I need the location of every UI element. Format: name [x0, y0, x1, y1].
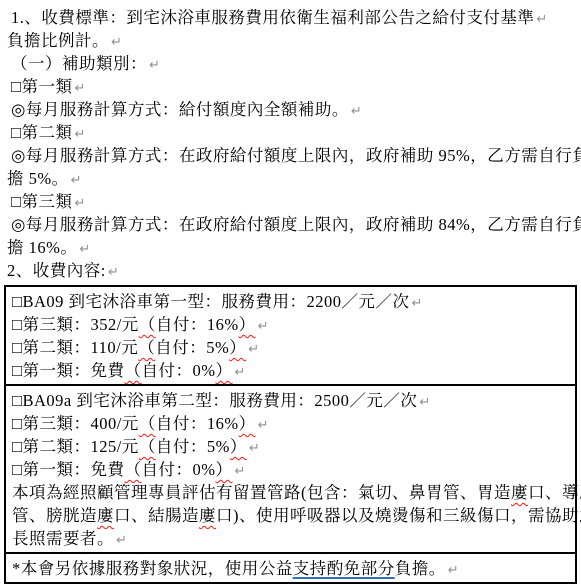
checkbox-text: □第三類	[11, 192, 72, 211]
spellcheck-underline: 廔	[511, 483, 528, 502]
spellcheck-underline: （	[138, 338, 155, 357]
category-2-line: □第二類↵	[7, 121, 581, 144]
category-3-line: □第三類↵	[7, 190, 581, 213]
intro-text: 2、收費內容:	[7, 261, 106, 280]
intro-text: 負擔比例計。	[7, 31, 109, 50]
fee-text: 自付：5%	[156, 437, 230, 456]
ba09a-note-line-3: 長照需要者。↵	[12, 527, 571, 550]
table-cell-ba09: □BA09 到宅沐浴車第一型：服務費用：2200／元／次↵ □第三類：352/元…	[6, 287, 575, 384]
paragraph-mark: ↵	[234, 464, 245, 479]
fee-text: 自付：16%	[156, 414, 239, 433]
intro-text: ◎每月服務計算方式：在政府給付額度上限內，政府補助 84%，乙方需自行負	[11, 215, 581, 234]
subsidy-category-heading: （一）補助類別：↵	[7, 52, 581, 75]
spellcheck-underline: ）	[239, 414, 256, 433]
spellcheck-underline: ）	[215, 460, 232, 479]
ba09a-note-line-2: 管、膀胱造廔口、結腸造廔口)、使用呼吸器以及燒燙傷和三級傷口，需協助之	[12, 504, 571, 527]
paragraph-mark: ↵	[412, 296, 423, 311]
service-type-text: □BA09 到宅沐浴車第一型：服務費用：2200／元／次	[12, 292, 410, 311]
paragraph-mark: ↵	[111, 35, 122, 50]
paragraph-mark: ↵	[536, 12, 547, 27]
paragraph-mark: ↵	[149, 58, 160, 73]
ba09a-tier2-line: □第二類：125/元（自付：5%）↵	[12, 435, 571, 458]
fee-text: 自付：5%	[155, 338, 229, 357]
category-3-calc-line-2: 擔 16%。↵	[7, 236, 581, 259]
intro-text: 擔 16%。	[7, 238, 77, 257]
grammar-underline: 支持酌免部分	[293, 559, 395, 578]
spellcheck-underline: （	[139, 437, 156, 456]
paragraph-mark: ↵	[258, 418, 269, 433]
intro-text: （一）補助類別：	[11, 54, 147, 73]
intro-text: ◎每月服務計算方式：給付額度內全額補助。	[11, 100, 349, 119]
spellcheck-underline: （	[139, 315, 156, 334]
category-2-calc-line-1: ◎每月服務計算方式：在政府給付額度上限內，政府補助 95%，乙方需自行負	[7, 144, 581, 167]
footnote-line: *本會另依據服務對象狀況，使用公益支持酌免部分負擔。↵	[12, 557, 571, 580]
ba09a-header-line: □BA09a 到宅沐浴車第二型：服務費用：2500／元／次↵	[12, 389, 571, 412]
note-text: 口、導尿	[528, 483, 581, 502]
spellcheck-underline: ）	[229, 338, 246, 357]
paragraph-mark: ↵	[116, 533, 127, 548]
fee-standard-section: 1.、收費標準：到宅沐浴車服務費用依衛生福利部公告之給付支付基準↵ 負擔比例計。…	[0, 0, 581, 282]
table-cell-ba09a: □BA09a 到宅沐浴車第二型：服務費用：2500／元／次↵ □第三類：400/…	[6, 384, 575, 552]
paragraph-mark: ↵	[71, 173, 82, 188]
fee-text: □第三類：400/元	[12, 414, 139, 433]
intro-text: 1.、收費標準：到宅沐浴車服務費用依衛生福利部公告之給付支付基準	[11, 8, 534, 27]
fee-text: □第三類：352/元	[12, 315, 139, 334]
spellcheck-underline: 廔	[97, 506, 114, 525]
note-text: 長照需要者。	[12, 529, 114, 548]
paragraph-mark: ↵	[258, 319, 269, 334]
category-1-calc-line: ◎每月服務計算方式：給付額度內全額補助。↵	[7, 98, 581, 121]
footnote-text: 負擔。	[395, 559, 446, 578]
paragraph-mark: ↵	[74, 127, 85, 142]
table-cell-footnote: *本會另依據服務對象狀況，使用公益支持酌免部分負擔。↵	[6, 552, 575, 582]
checkbox-text: □第一類	[11, 77, 72, 96]
fee-text: 自付：16%	[156, 315, 239, 334]
spellcheck-underline: ）	[215, 361, 232, 380]
fee-text: □第一類：免費	[12, 460, 124, 479]
fee-table: □BA09 到宅沐浴車第一型：服務費用：2200／元／次↵ □第三類：352/元…	[4, 285, 577, 584]
paragraph-mark: ↵	[79, 242, 90, 257]
category-3-calc-line-1: ◎每月服務計算方式：在政府給付額度上限內，政府補助 84%，乙方需自行負	[7, 213, 581, 236]
note-text: 口)、使用呼吸器以及燒燙傷和三級傷口，需協助之	[216, 506, 581, 525]
fee-text: □第二類：110/元	[12, 338, 138, 357]
spellcheck-underline: （	[124, 361, 141, 380]
spellcheck-underline: （	[139, 414, 156, 433]
spellcheck-underline: （	[124, 460, 141, 479]
intro-line-1: 1.、收費標準：到宅沐浴車服務費用依衛生福利部公告之給付支付基準↵	[7, 6, 581, 29]
note-text: 管、膀胱造	[12, 506, 97, 525]
fee-text: 自付：0%	[141, 361, 215, 380]
paragraph-mark: ↵	[234, 365, 245, 380]
note-text: 本項為經照顧管理專員評估有留置管路(包含：氣切、鼻胃管、胃造	[12, 483, 511, 502]
fee-content-heading: 2、收費內容:↵	[7, 259, 581, 282]
footnote-text: *本會另依據服務對象狀況，使用公益	[12, 559, 293, 578]
intro-line-2: 負擔比例計。↵	[7, 29, 581, 52]
service-type-text: □BA09a 到宅沐浴車第二型：服務費用：2500／元／次	[12, 391, 417, 410]
checkbox-text: □第二類	[11, 123, 72, 142]
spellcheck-underline: ）	[230, 437, 247, 456]
spellcheck-underline: ）	[239, 315, 256, 334]
intro-text: ◎每月服務計算方式：在政府給付額度上限內，政府補助 95%，乙方需自行負	[11, 146, 581, 165]
intro-text: 擔 5%。	[7, 169, 69, 188]
paragraph-mark: ↵	[108, 265, 119, 280]
ba09-header-line: □BA09 到宅沐浴車第一型：服務費用：2200／元／次↵	[12, 290, 571, 313]
category-2-calc-line-2: 擔 5%。↵	[7, 167, 581, 190]
paragraph-mark: ↵	[249, 441, 260, 456]
ba09a-tier3-line: □第三類：400/元（自付：16%）↵	[12, 412, 571, 435]
paragraph-mark: ↵	[351, 104, 362, 119]
ba09a-note-line-1: 本項為經照顧管理專員評估有留置管路(包含：氣切、鼻胃管、胃造廔口、導尿	[12, 481, 571, 504]
fee-text: □第一類：免費	[12, 361, 124, 380]
paragraph-mark: ↵	[419, 395, 430, 410]
paragraph-mark: ↵	[448, 563, 459, 578]
paragraph-mark: ↵	[74, 81, 85, 96]
fee-text: 自付：0%	[141, 460, 215, 479]
category-1-line: □第一類↵	[7, 75, 581, 98]
spellcheck-underline: 廔	[199, 506, 216, 525]
ba09-tier3-line: □第三類：352/元（自付：16%）↵	[12, 313, 571, 336]
ba09-tier2-line: □第二類：110/元（自付：5%）↵	[12, 336, 571, 359]
note-text: 口、結腸造	[114, 506, 199, 525]
ba09a-tier1-line: □第一類：免費（自付：0%）↵	[12, 458, 571, 481]
paragraph-mark: ↵	[248, 342, 259, 357]
paragraph-mark: ↵	[74, 196, 85, 211]
fee-text: □第二類：125/元	[12, 437, 139, 456]
ba09-tier1-line: □第一類：免費（自付：0%）↵	[12, 359, 571, 382]
